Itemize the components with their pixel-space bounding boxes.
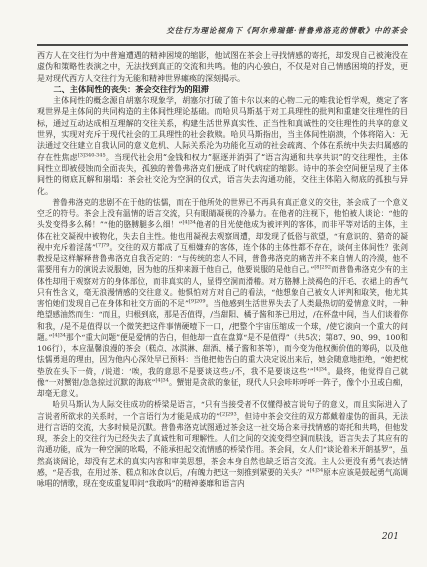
running-title: 交往行为理论视角下《阿尔弗瑞德·普鲁弗洛克的情歌》中的茶会 — [166, 25, 408, 36]
body-paragraph: 西方人在交往行为中普遍遭遇的精神困境的缩影，他试图在茶会上寻找情感的寄托，却发现… — [37, 50, 408, 84]
section-heading: 二、主体间性的丧失：茶会交往行为的阻滞 — [37, 84, 408, 95]
article-content: 西方人在交往行为中普遍遭遇的精神困境的缩影，他试图在茶会上寻找情感的寄托，却发现… — [37, 50, 408, 489]
body-paragraph: 主体间性的概念源自胡塞尔现象学，胡塞尔打破了笛卡尔以来的心物二元的唯我论哲学观，… — [37, 95, 408, 197]
page-number: 201 — [382, 532, 399, 542]
header-rule — [37, 44, 408, 46]
journal-page: 交往行为理论视角下《阿尔弗瑞德·普鲁弗洛克的情歌》中的茶会 西方人在交往行为中普… — [0, 0, 427, 567]
body-paragraph: 哈贝马斯认为人际交往成功的桥梁是语言，“只有当接受者不仅懂得被言说句子的意义，而… — [37, 399, 408, 489]
body-paragraph: 普鲁弗洛克的悲剧不在于他的怯懦，而在于他所处的世界已不再具有真正意义的交往，茶会… — [37, 197, 408, 400]
